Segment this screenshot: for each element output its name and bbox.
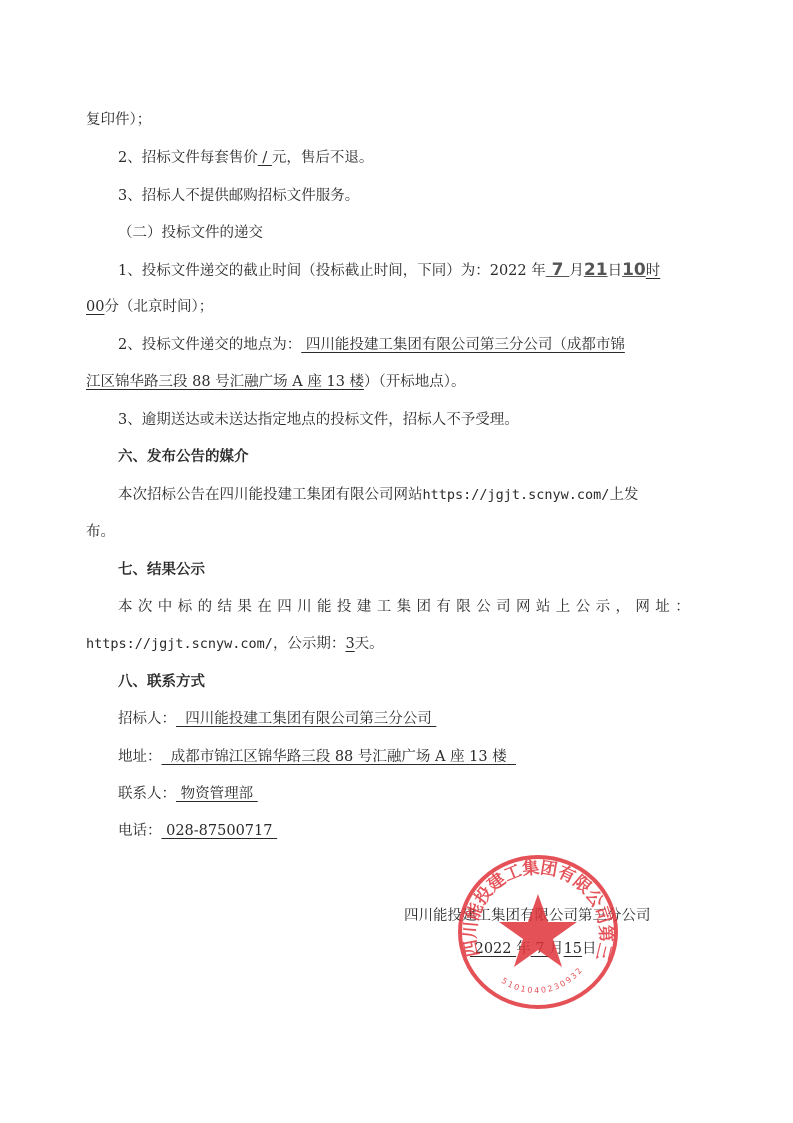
date-month: 7 [531, 941, 549, 957]
publicity-period: 3 [345, 636, 354, 652]
field-label: 电话： [118, 823, 162, 839]
text-segment: 时 [646, 263, 661, 279]
submission-address: 四川能投建工集团有限公司第三分公司（成都市锦 [301, 337, 625, 353]
field-value: 物资管理部 [176, 786, 258, 802]
contact-person: 联系人： 物资管理部 [118, 784, 258, 804]
field-value: 四川能投建工集团有限公司第三分公司 [176, 711, 436, 727]
text-segment: 日 [582, 941, 597, 957]
text-line: 3、逾期送达或未送达指定地点的投标文件，招标人不予受理。 [118, 410, 519, 430]
field-label: 招标人： [118, 711, 176, 727]
text-line: 本次招标公告在四川能投建工集团有限公司网站https://jgjt.scnyw.… [118, 485, 638, 505]
text-line: 江区锦华路三段 88 号汇融广场 A 座 13 楼）（开标地点）。 [86, 372, 466, 392]
date-year: 2022 [470, 941, 516, 957]
contact-address: 地址： 成都市锦江区锦华路三段 88 号汇融广场 A 座 13 楼 [118, 747, 516, 767]
section-heading: 七、结果公示 [118, 560, 205, 580]
text-segment: ，公示期： [273, 636, 346, 652]
contact-phone: 电话： 028-87500717 [118, 821, 277, 841]
text-segment: 月 [569, 263, 584, 279]
deadline-hour: 10 [622, 260, 646, 280]
text-segment: 2、投标文件递交的地点为： [118, 337, 301, 353]
website-link[interactable]: https://jgjt.scnyw.com/ [423, 487, 610, 503]
submission-address: 江区锦华路三段 88 号汇融广场 A 座 13 楼 [86, 374, 364, 390]
text-line: 2、投标文件递交的地点为： 四川能投建工集团有限公司第三分公司（成都市锦 [118, 335, 625, 355]
text-line: 复印件）； [86, 110, 151, 130]
text-line: 1、投标文件递交的截止时间（投标截止时间，下同）为：2022 年 7 月21日1… [118, 260, 660, 281]
price-value: / [258, 150, 272, 166]
text-segment: 本次招标公告在四川能投建工集团有限公司网站 [118, 487, 423, 503]
text-segment: ）（开标地点）。 [364, 374, 466, 390]
text-line: 3、招标人不提供邮购招标文件服务。 [118, 186, 359, 206]
text-line: https://jgjt.scnyw.com/，公示期：3天。 [86, 634, 384, 654]
text-segment: 年 [516, 941, 531, 957]
company-seal-icon: 四川能投建工集团有限公司第三分公司 5101040230932 [453, 852, 623, 1012]
deadline-day: 21 [584, 260, 608, 280]
text-segment: 日 [608, 263, 623, 279]
svg-text:5101040230932: 5101040230932 [500, 965, 585, 995]
section-heading: 八、联系方式 [118, 672, 205, 692]
text-segment: 2、招标文件每套售价 [118, 150, 258, 166]
section-heading: 六、发布公告的媒介 [118, 447, 249, 467]
field-value: 成都市锦江区锦华路三段 88 号汇融广场 A 座 13 楼 [162, 749, 516, 765]
text-line: 本次中标的结果在四川能投建工集团有限公司网站上公示，网址： [118, 597, 695, 617]
field-label: 联系人： [118, 786, 176, 802]
subsection-heading: （二）投标文件的递交 [118, 223, 263, 243]
text-segment: 1、投标文件递交的截止时间（投标截止时间，下同）为：2022 年 [118, 263, 546, 279]
text-segment: 月 [549, 941, 564, 957]
deadline-minute: 00 [86, 299, 104, 315]
text-line: 布。 [86, 522, 115, 542]
text-segment: 天。 [355, 636, 384, 652]
field-value: 028-87500717 [162, 823, 278, 839]
date-day: 15 [564, 941, 582, 957]
deadline-month: 7 [546, 260, 570, 280]
text-line: 00分（北京时间）； [86, 297, 213, 317]
signature-company: 四川能投建工集团有限公司第三分公司 [404, 904, 651, 925]
signature-date: 2022 年 7 月15日 [470, 937, 597, 958]
text-segment: 元，售后不退。 [272, 150, 374, 166]
field-label: 地址： [118, 749, 162, 765]
contact-tenderer: 招标人： 四川能投建工集团有限公司第三分公司 [118, 709, 436, 729]
website-link[interactable]: https://jgjt.scnyw.com/ [86, 636, 273, 652]
text-segment: 分（北京时间）； [104, 299, 213, 315]
text-line: 2、招标文件每套售价 / 元，售后不退。 [118, 148, 373, 168]
text-segment: 上发 [609, 487, 638, 503]
